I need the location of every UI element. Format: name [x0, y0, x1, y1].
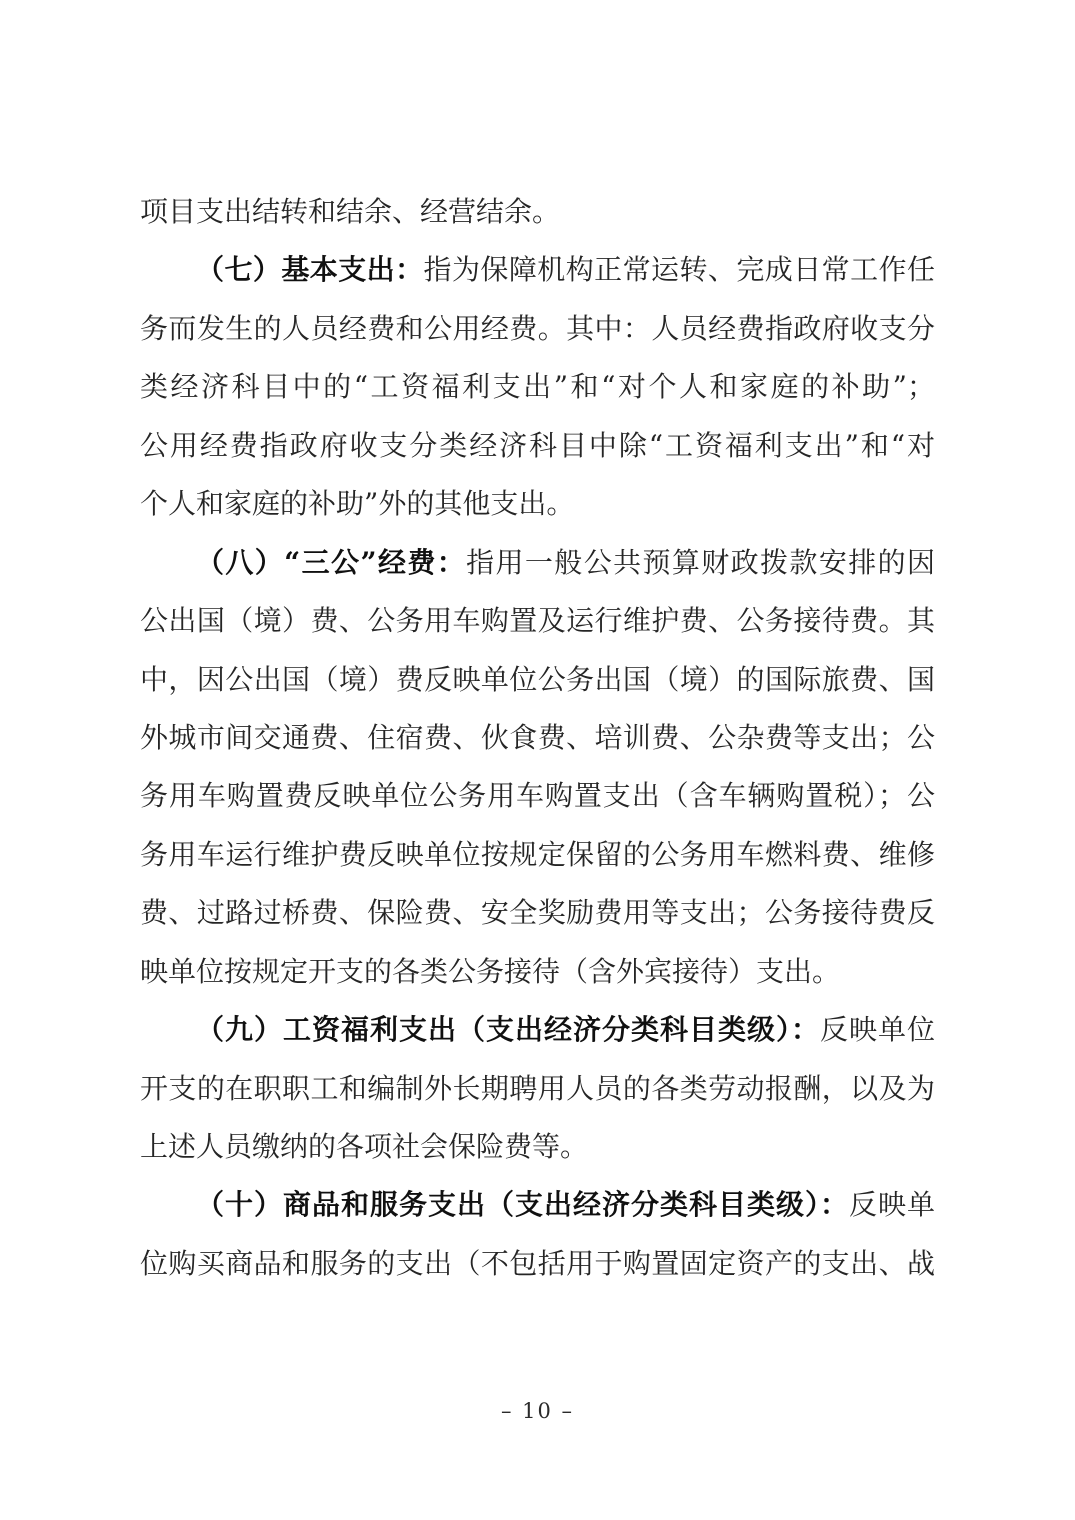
document-text-block: 项目支出结转和结余、经营结余。 （七）基本支出：指为保障机构正常运转、完成日常工…	[140, 183, 935, 1293]
text-line: 上述人员缴纳的各项社会保险费等。	[140, 1118, 935, 1176]
text-line: 映单位按规定开支的各类公务接待（含外宾接待）支出。	[140, 943, 935, 1001]
line-text: 反映单位	[820, 1013, 935, 1046]
text-line: 外城市间交通费、住宿费、伙食费、培训费、公杂费等支出；公	[140, 709, 935, 767]
text-line: 务而发生的人员经费和公用经费。其中：人员经费指政府收支分	[140, 300, 935, 358]
line-text: 项目支出结转和结余、经营结余。	[140, 195, 560, 228]
line-text: 务用车运行维护费反映单位按规定保留的公务用车燃料费、维修	[140, 838, 935, 871]
line-text: 务而发生的人员经费和公用经费。其中：人员经费指政府收支分	[140, 312, 935, 345]
page-number: – 10 –	[0, 1399, 1075, 1423]
text-line: 公用经费指政府收支分类经济科目中除“工资福利支出”和“对	[140, 417, 935, 475]
line-text: 开支的在职职工和编制外长期聘用人员的各类劳动报酬，以及为	[140, 1072, 935, 1105]
text-line: 务用车购置费反映单位公务用车购置支出（含车辆购置税）；公	[140, 767, 935, 825]
line-text: 上述人员缴纳的各项社会保险费等。	[140, 1130, 588, 1163]
text-line: 类经济科目中的“工资福利支出”和“对个人和家庭的补助”；	[140, 358, 935, 416]
text-line: 开支的在职职工和编制外长期聘用人员的各类劳动报酬，以及为	[140, 1060, 935, 1118]
line-text: 中，因公出国（境）费反映单位公务出国（境）的国际旅费、国	[140, 663, 935, 696]
text-line: 费、过路过桥费、保险费、安全奖励费用等支出；公务接待费反	[140, 884, 935, 942]
line-text: 公出国（境）费、公务用车购置及运行维护费、公务接待费。其	[140, 604, 935, 637]
line-text: 个人和家庭的补助”外的其他支出。	[140, 487, 574, 520]
text-line: 位购买商品和服务的支出（不包括用于购置固定资产的支出、战	[140, 1235, 935, 1293]
text-line: 务用车运行维护费反映单位按规定保留的公务用车燃料费、维修	[140, 826, 935, 884]
line-text: 反映单	[849, 1188, 935, 1221]
text-line: 中，因公出国（境）费反映单位公务出国（境）的国际旅费、国	[140, 651, 935, 709]
text-line: 公出国（境）费、公务用车购置及运行维护费、公务接待费。其	[140, 592, 935, 650]
line-text: 费、过路过桥费、保险费、安全奖励费用等支出；公务接待费反	[140, 896, 935, 929]
line-text: 外城市间交通费、住宿费、伙食费、培训费、公杂费等支出；公	[140, 721, 935, 754]
term-lead-bold: （七）基本支出：	[196, 253, 424, 286]
line-text: 指用一般公共预算财政拨款安排的因	[466, 546, 935, 579]
text-line: （七）基本支出：指为保障机构正常运转、完成日常工作任	[140, 241, 935, 299]
term-lead-bold: （十）商品和服务支出（支出经济分类科目类级）：	[196, 1188, 849, 1221]
line-text: 类经济科目中的“工资福利支出”和“对个人和家庭的补助”；	[140, 370, 935, 403]
line-text: 位购买商品和服务的支出（不包括用于购置固定资产的支出、战	[140, 1247, 935, 1280]
document-page: 项目支出结转和结余、经营结余。 （七）基本支出：指为保障机构正常运转、完成日常工…	[0, 0, 1075, 1520]
line-text: 公用经费指政府收支分类经济科目中除“工资福利支出”和“对	[140, 429, 935, 462]
text-line: （八）“三公”经费：指用一般公共预算财政拨款安排的因	[140, 534, 935, 592]
line-text: 映单位按规定开支的各类公务接待（含外宾接待）支出。	[140, 955, 840, 988]
line-text: 指为保障机构正常运转、完成日常工作任	[424, 253, 935, 286]
term-lead-bold: （八）“三公”经费：	[196, 546, 466, 579]
line-text: 务用车购置费反映单位公务用车购置支出（含车辆购置税）；公	[140, 779, 935, 812]
text-line: 项目支出结转和结余、经营结余。	[140, 183, 935, 241]
text-line: （九）工资福利支出（支出经济分类科目类级）：反映单位	[140, 1001, 935, 1059]
text-line: 个人和家庭的补助”外的其他支出。	[140, 475, 935, 533]
term-lead-bold: （九）工资福利支出（支出经济分类科目类级）：	[196, 1013, 820, 1046]
text-line: （十）商品和服务支出（支出经济分类科目类级）：反映单	[140, 1176, 935, 1234]
